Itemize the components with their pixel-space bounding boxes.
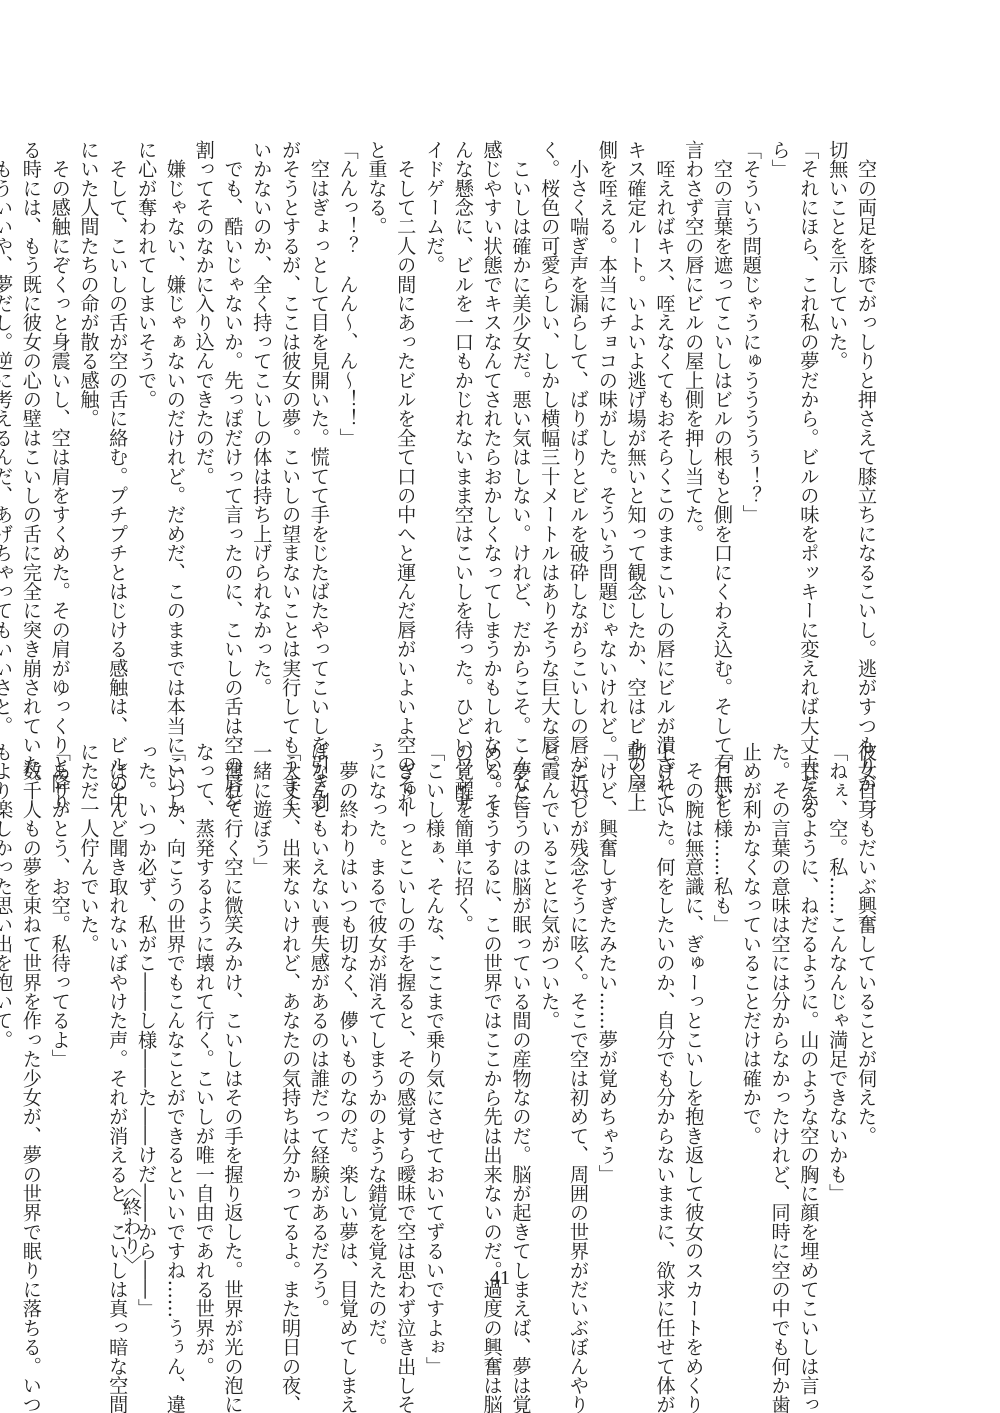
- text-line: 彼女自身もだいぶ興奮していることが伺えた。: [851, 742, 880, 1282]
- text-line: める。ようするに、この世界ではここから先は出来ないのだ。過度の興奮は脳: [477, 742, 506, 1282]
- text-line: ら」: [765, 140, 794, 680]
- top-text-block: 空の両足を膝でがっしりと押さえて膝立ちになるこいし。逃がすつもりが一切無いことを…: [0, 140, 880, 680]
- text-line: でも、酷いじゃないか。先っぽだけって言ったのに、こいしの舌は空の唇を: [218, 140, 247, 680]
- text-line: 一緒に遊ぼう」: [246, 742, 275, 1282]
- text-line: 「そういう問題じゃうにゅううううぅ！？」: [736, 140, 765, 680]
- text-line: た。その言葉の意味は空には分からなかったけれど、同時に空の中でも何か歯: [765, 742, 794, 1282]
- text-line: そして二人の間にあったビルを全て口の中へと運んだ唇がいよいよ空のそれ: [390, 140, 419, 680]
- end-mark: 〈終わり〉: [116, 1178, 145, 1274]
- text-line: 甘えるように、ねだるように。山のような空の胸に顔を埋めてこいしは言っ: [794, 742, 823, 1282]
- text-line: そして、こいしの舌が空の舌に絡む。プチプチとはじける感触は、ビルの中: [102, 140, 131, 680]
- text-line: 嫌じゃない、嫌じゃぁないのだけれど。だめだ、このままでは本当にこいし: [160, 140, 189, 680]
- text-line: く。桜色の可愛らしい、しかし横幅三十メートルはありそうな巨大な唇。: [534, 140, 563, 680]
- text-line: 空の両足を膝でがっしりと押さえて膝立ちになるこいし。逃がすつもりが一: [851, 140, 880, 680]
- text-line: 「んんっ！？ んん〜、ん〜！！」: [333, 140, 362, 680]
- text-line: と重なる。: [362, 140, 391, 680]
- text-line: うになった。まるで彼女が消えてしまうかのような錯覚を覚えたのだ。: [362, 742, 391, 1282]
- text-line: 上げていた。何をしたいのか、自分でも分からないままに、欲求に任せて体が: [650, 742, 679, 1282]
- text-line: キス確定ルート。いよいよ逃げ場が無いと知って観念したか、空はビルの屋上: [621, 140, 650, 680]
- text-line: 側を咥える。本当にチョコの味がした。そういう問題じゃないけれど。: [592, 140, 621, 680]
- text-line: こいしが残念そうに呟く。そこで空は初めて、周囲の世界がだいぶぼんやり: [563, 742, 592, 1282]
- text-line: がそうとするが、ここは彼女の夢。こいしの望まないことは実行してもうまく: [275, 140, 304, 680]
- text-line: 言わさず空の唇にビルの屋上側を押し当てた。: [678, 140, 707, 680]
- text-line: 「それにほら、これ私の夢だから。ビルの味をポッキーに変えれば大丈夫だか: [794, 140, 823, 680]
- text-line: もより楽しかった思い出を抱いて。: [0, 742, 16, 1282]
- text-line: の覚醒を簡単に招く。: [448, 742, 477, 1282]
- text-line: こいしは確かに美少女だ。悪い気はしない。けれど、だからこそ。こんなに: [506, 140, 535, 680]
- text-line: 咥えればキス、咥えなくてもおそらくこのままこいしの唇にビルが潰されて: [650, 140, 679, 680]
- text-line: る時には、もう既に彼女の心の壁はこいしの舌に完全に突き崩されていた。: [16, 140, 45, 680]
- text-line: にただ一人佇んでいた。: [74, 742, 103, 1282]
- text-line: イドゲームだ。: [419, 140, 448, 680]
- text-line: なって、蒸発するように壊れて行く。こいしが唯一自由であれる世界が。: [189, 742, 218, 1282]
- text-line: 薄れて行く空に微笑みかけ、こいしはその手を握り返した。世界が光の泡に: [218, 742, 247, 1282]
- text-line: 「こいし様……私も」: [707, 742, 736, 1282]
- text-line: その感触にぞくっと身震いし、空は肩をすくめた。その肩がゆっくりと降り: [45, 140, 74, 680]
- text-line: もういいや、夢だし。逆に考えるんだ、あげちゃってもいいさと。: [0, 140, 16, 680]
- text-line: に心が奪われてしまいそうで。: [131, 140, 160, 680]
- text-line: 夢と言うのは脳が眠っている間の産物なのだ。脳が起きてしまえば、夢は覚: [506, 742, 535, 1282]
- text-line: 小さく喘ぎ声を漏らして、ばりばりとビルを破砕しながらこいしの唇が近づ: [563, 140, 592, 680]
- text-line: 「けど、興奮しすぎたみたい……夢が覚めちゃう」: [592, 742, 621, 1282]
- text-line: 感じやすい状態でキスなんてされたらおかしくなってしまうかもしれない。そ: [477, 140, 506, 680]
- text-line: 「いつか、向こうの世界でもこんなことができるといいですね……うぅん、違: [160, 742, 189, 1282]
- text-line: 夢の終わりはいつも切なく、儚いものなのだ。楽しい夢は、目覚めてしまえ: [333, 742, 362, 1282]
- text-line: と霞んでいることに気がついた。: [534, 742, 563, 1282]
- page-number: 41: [0, 1267, 1000, 1290]
- text-line: 割ってそのなかに入り込んできたのだ。: [189, 140, 218, 680]
- text-line: ぎゅーっとこいしの手を握ると、その感覚すら曖昧で空は思わず泣き出しそ: [390, 742, 419, 1282]
- text-line: ばなんともいえない喪失感があるのは誰だって経験があるだろう。: [304, 742, 333, 1282]
- text-line: 「こいし様ぁ、そんな、ここまで乗り気にさせておいてずるいですよぉ」: [419, 742, 448, 1282]
- text-line: いかないのか、全く持ってこいしの体は持ち上げられなかった。: [246, 140, 275, 680]
- text-line: 切無いことを示していた。: [822, 140, 851, 680]
- text-line: 「ありがとう、お空。私待ってるよ」: [45, 742, 74, 1282]
- text-line: その腕は無意識に、ぎゅーっとこいしを抱き返して彼女のスカートをめくり: [678, 742, 707, 1282]
- text-line: 数千人もの夢を束ねて世界を作った少女が、夢の世界で眠りに落ちる。いつ: [16, 742, 45, 1282]
- text-line: んな懸念に、ビルを一口もかじれないまま空はこいしを待った。ひどいワンサ: [448, 140, 477, 680]
- text-line: 空はぎょっとして目を見開いた。慌てて手をじたばたやってこいしを引き剥: [304, 140, 333, 680]
- text-line: 空の言葉を遮ってこいしはビルの根もと側を口にくわえ込む。そして有無を: [707, 140, 736, 680]
- text-line: 「ねぇ、空。私……こんなんじゃ満足できないかも」: [822, 742, 851, 1282]
- text-line: にいた人間たちの命が散る感触。: [74, 140, 103, 680]
- text-line: 止めが利かなくなっていることだけは確かで。: [736, 742, 765, 1282]
- text-line: 「大丈夫、出来ないけれど、あなたの気持ちは分かってるよ。また明日の夜、: [275, 742, 304, 1282]
- text-line: 動く。: [621, 742, 650, 1282]
